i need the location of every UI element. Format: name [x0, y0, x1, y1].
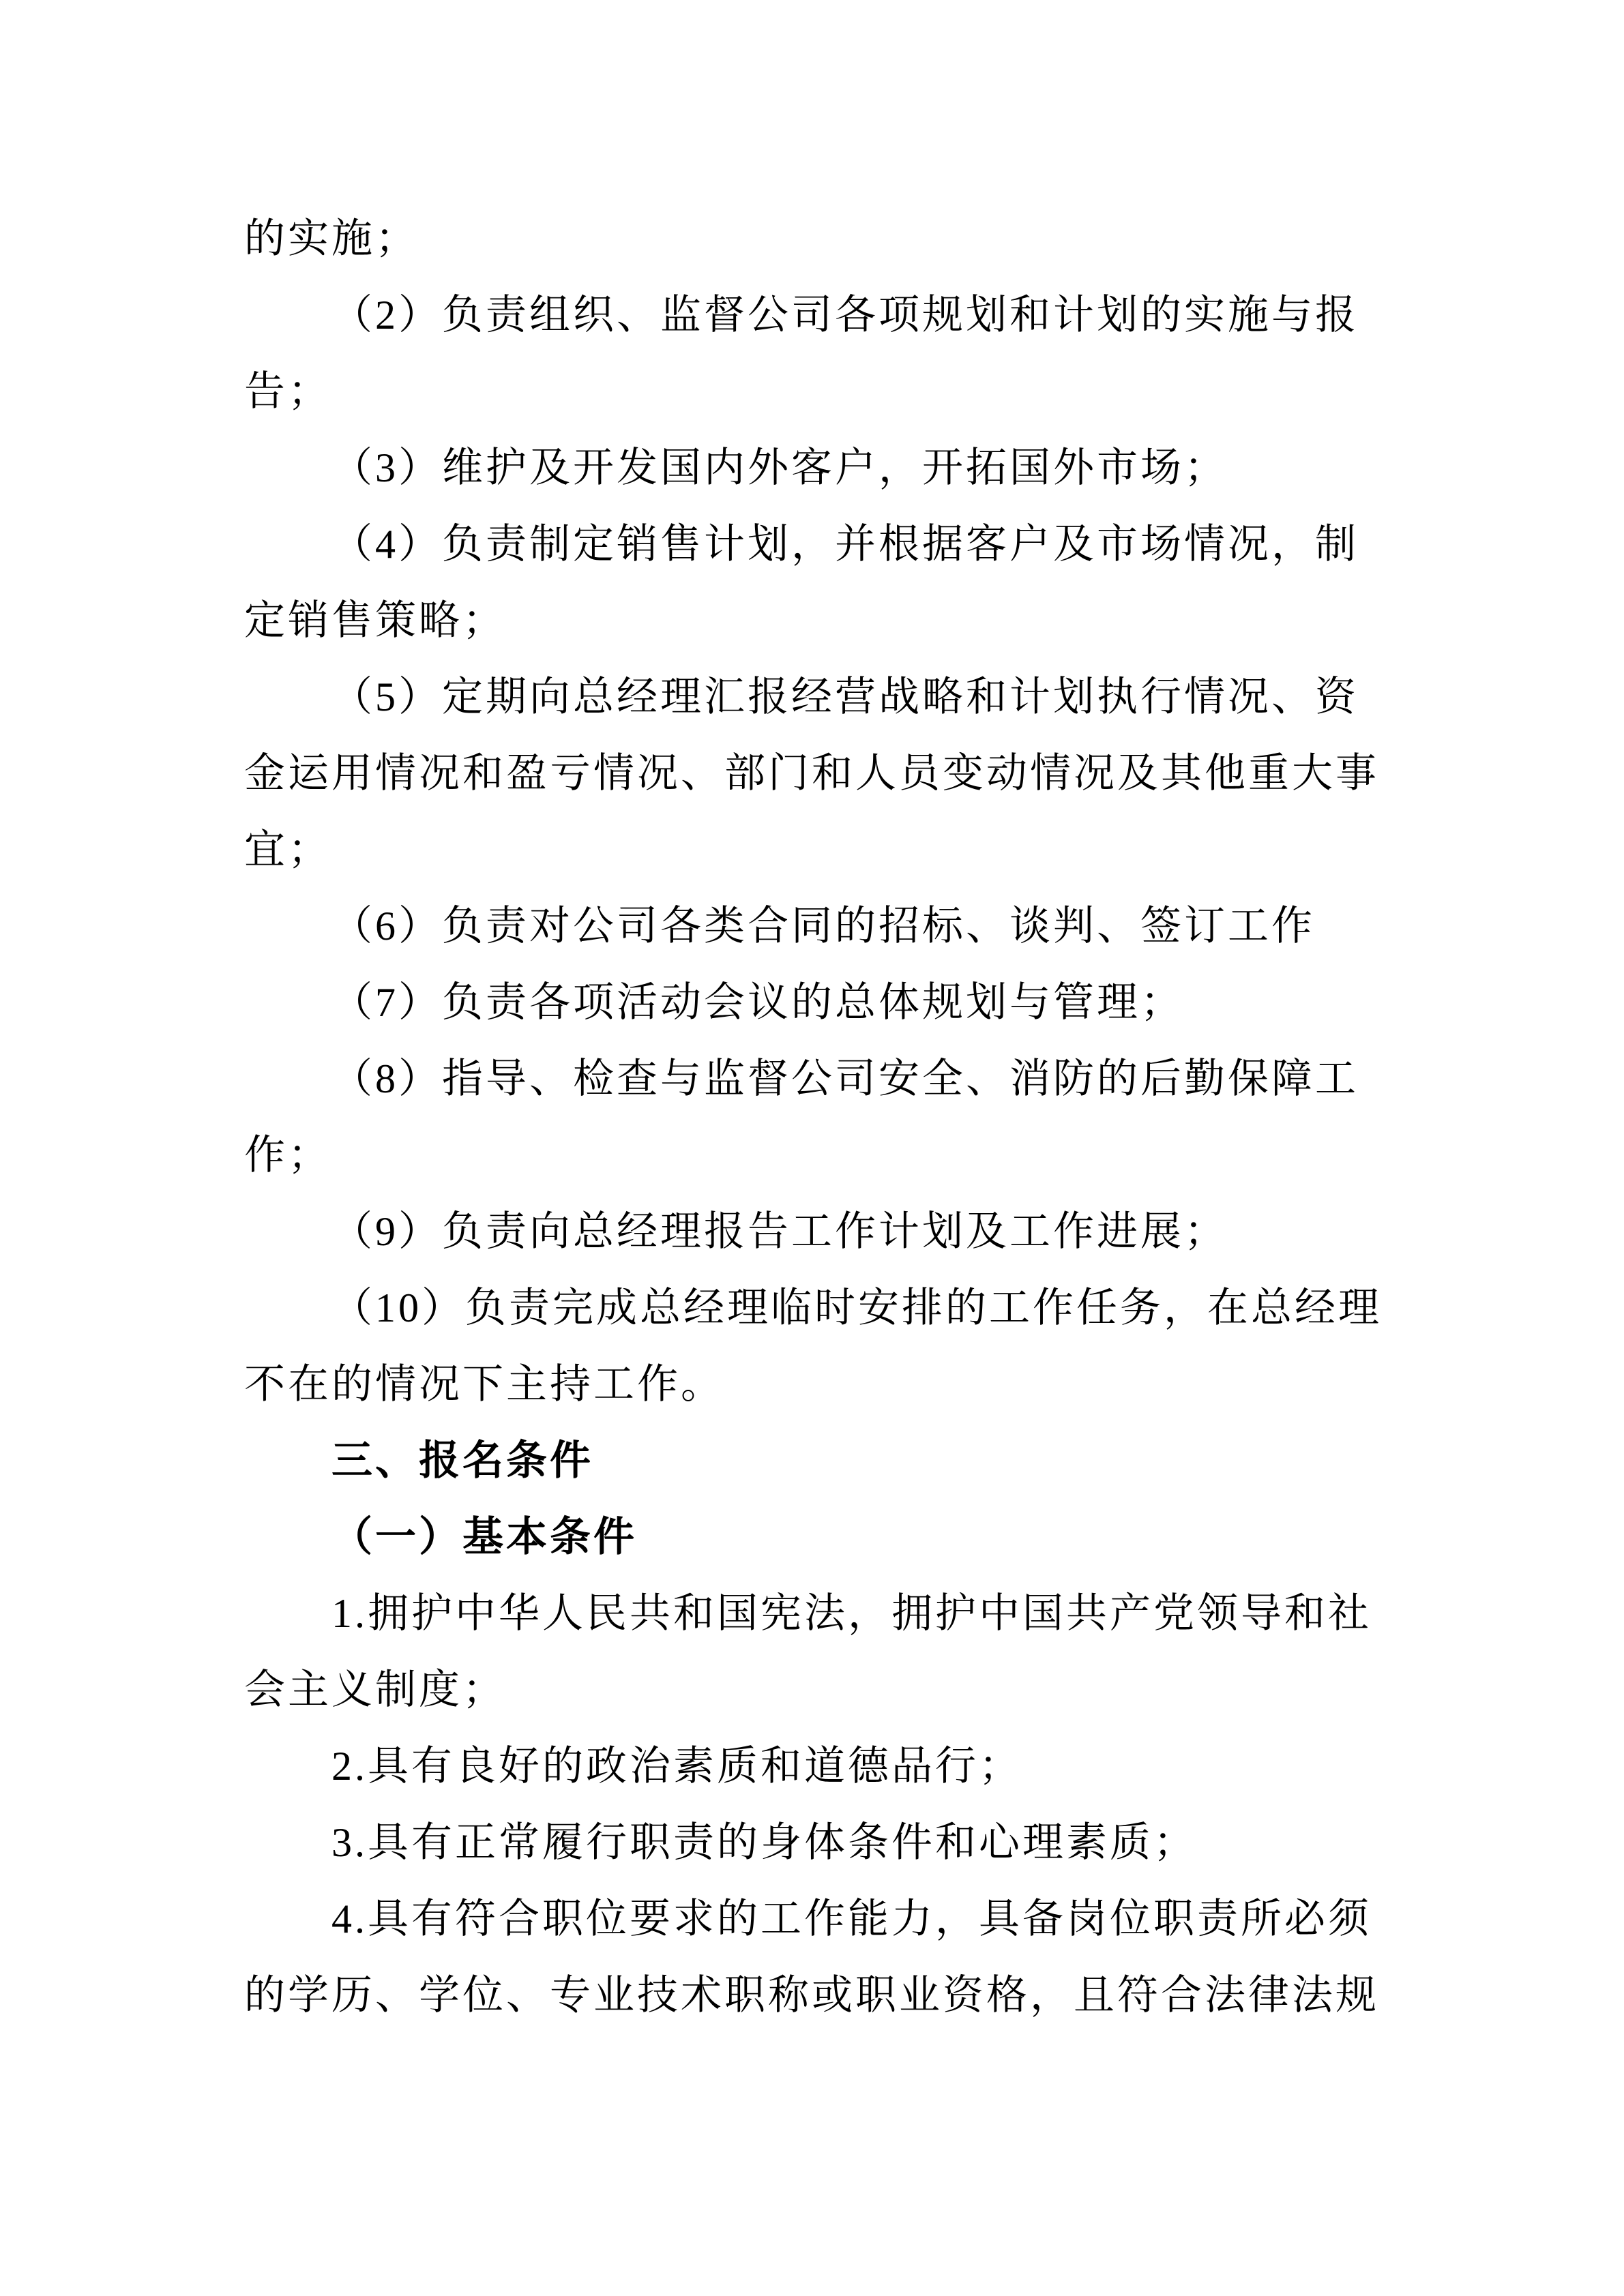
text-line: 3.具有正常履行职责的身体条件和心理素质； — [244, 1804, 1379, 1881]
text-line: （3）维护及开发国内外客户，开拓国外市场； — [244, 430, 1379, 506]
text-line: 的学历、学位、专业技术职称或职业资格，且符合法律法规 — [244, 1957, 1379, 2033]
text-line: （2）负责组织、监督公司各项规划和计划的实施与报 — [244, 277, 1379, 353]
text-line: 2.具有良好的政治素质和道德品行； — [244, 1728, 1379, 1804]
text-line: （10）负责完成总经理临时安排的工作任务，在总经理 — [244, 1270, 1379, 1346]
text-line: 告； — [244, 353, 1379, 430]
text-line: （4）负责制定销售计划，并根据客户及市场情况，制 — [244, 506, 1379, 582]
subsection-heading: （一）基本条件 — [244, 1499, 1379, 1575]
text-line: 金运用情况和盈亏情况、部门和人员变动情况及其他重大事 — [244, 735, 1379, 811]
text-line: 的实施； — [244, 200, 1379, 277]
text-line: 1.拥护中华人民共和国宪法，拥护中国共产党领导和社 — [244, 1575, 1379, 1652]
text-line: 宜； — [244, 811, 1379, 888]
text-line: （6）负责对公司各类合同的招标、谈判、签订工作 — [244, 888, 1379, 964]
text-line: 会主义制度； — [244, 1652, 1379, 1728]
section-heading: 三、报名条件 — [244, 1422, 1379, 1499]
text-line: （9）负责向总经理报告工作计划及工作进展； — [244, 1193, 1379, 1270]
document-text-block: 的实施； （2）负责组织、监督公司各项规划和计划的实施与报 告； （3）维护及开… — [0, 0, 1624, 2033]
text-line: 作； — [244, 1117, 1379, 1193]
text-line: 不在的情况下主持工作。 — [244, 1346, 1379, 1422]
text-line: 定销售策略； — [244, 582, 1379, 659]
document-page: 的实施； （2）负责组织、监督公司各项规划和计划的实施与报 告； （3）维护及开… — [0, 0, 1624, 2296]
text-line: 4.具有符合职位要求的工作能力，具备岗位职责所必须 — [244, 1881, 1379, 1957]
text-line: （5）定期向总经理汇报经营战略和计划执行情况、资 — [244, 659, 1379, 735]
text-line: （7）负责各项活动会议的总体规划与管理； — [244, 964, 1379, 1041]
text-line: （8）指导、检查与监督公司安全、消防的后勤保障工 — [244, 1041, 1379, 1117]
